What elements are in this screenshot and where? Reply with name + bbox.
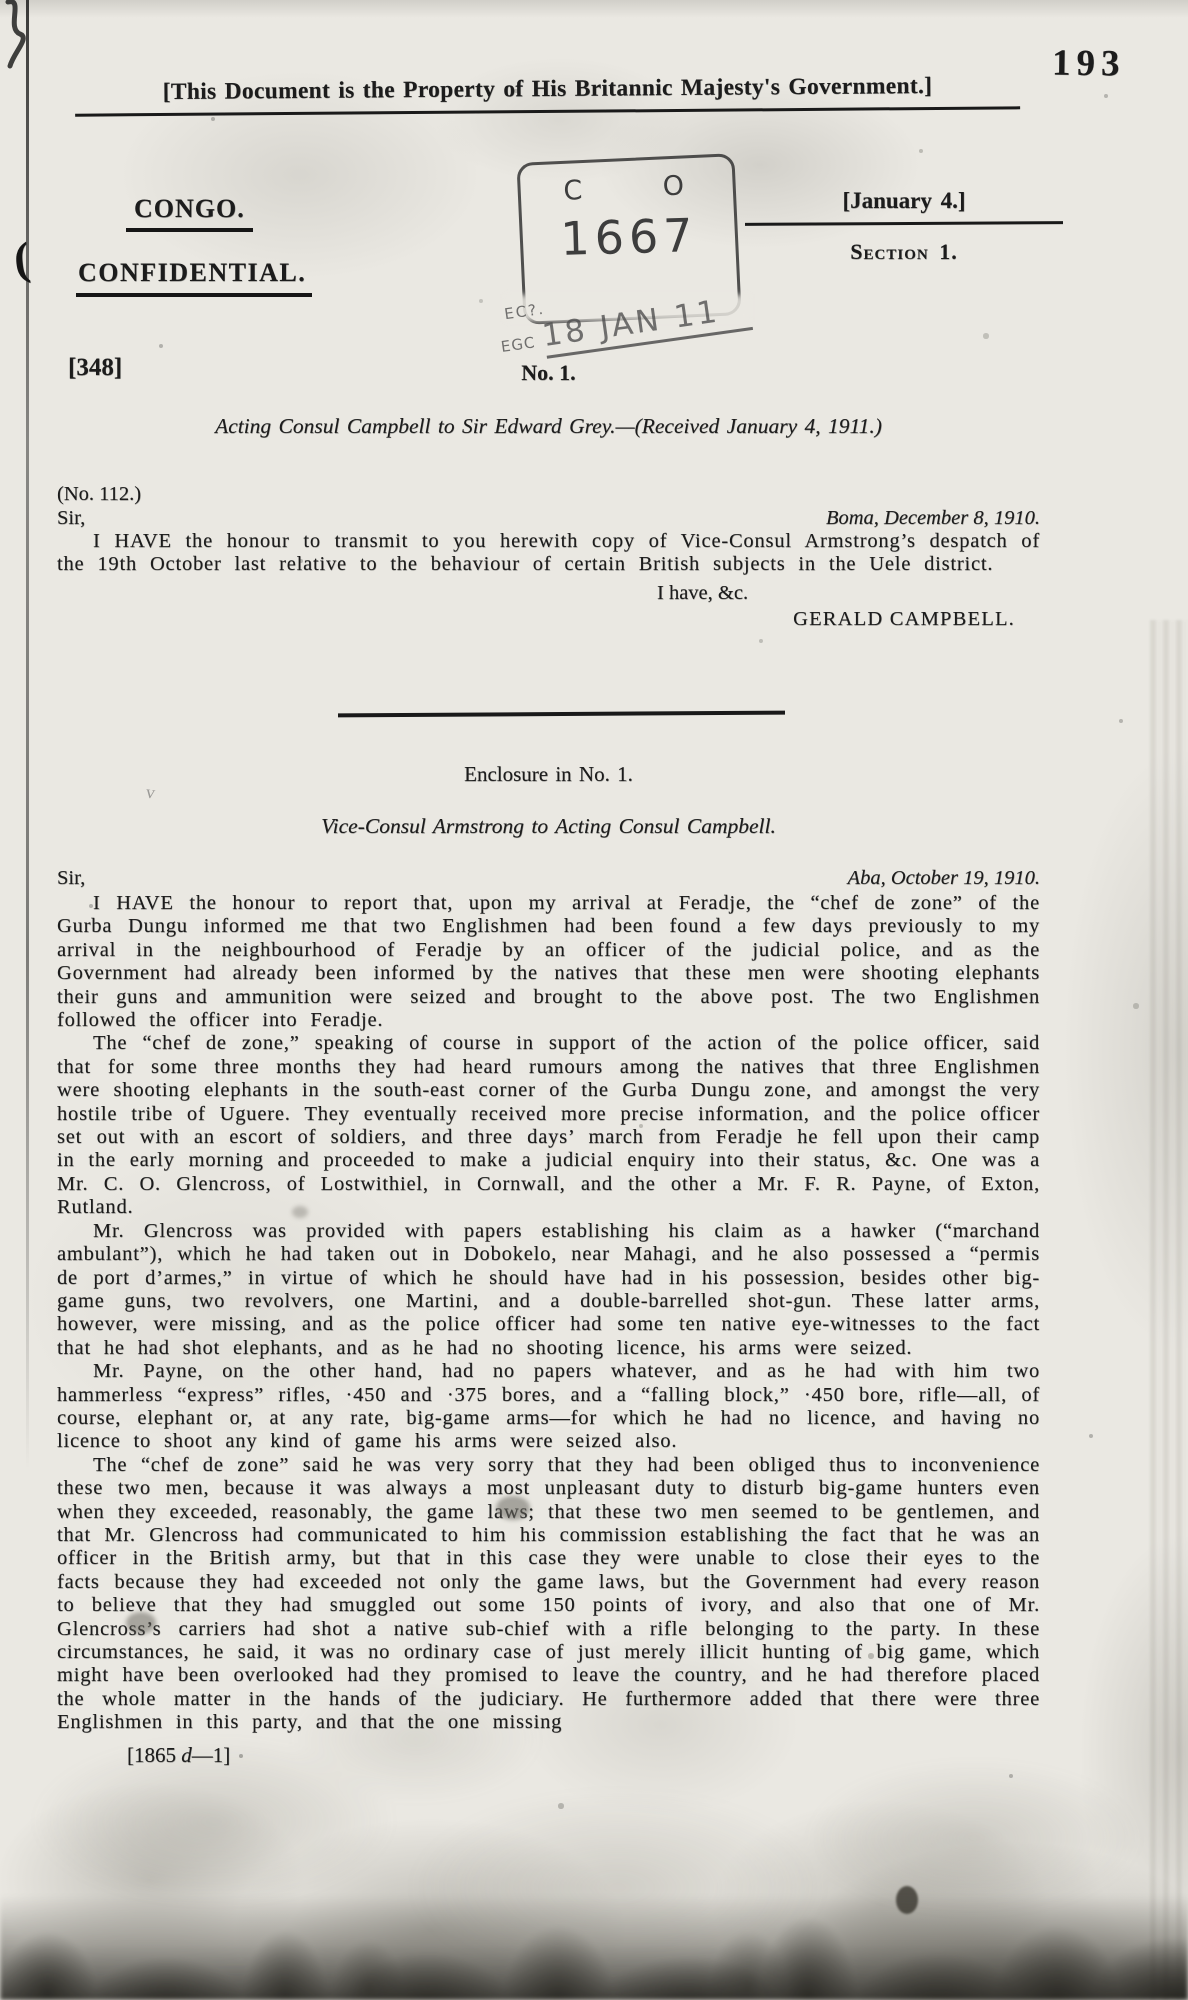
despatch-number-heading: No. 1. [57, 360, 1040, 386]
despatch-letter: (No. 112.) Sir, Boma, December 8, 1910. … [57, 482, 1040, 631]
enclosure-letter: Enclosure in No. 1. Vice-Consul Armstron… [57, 762, 1040, 1768]
right-edge-streaks [1150, 620, 1188, 2000]
enclosure-salutation: Sir, [57, 867, 85, 890]
date-rule [745, 221, 1063, 226]
page-number: 193 [1052, 41, 1126, 85]
bracket-date: [January 4.] [745, 188, 1063, 214]
bottom-grunge-texture [0, 1865, 1188, 2000]
enclosure-heading: Vice-Consul Armstrong to Acting Consul C… [57, 814, 1040, 839]
date-section-block: [January 4.] Section 1. [745, 188, 1063, 265]
footer-prefix: [1865 [127, 1743, 181, 1767]
section-divider [338, 711, 785, 717]
registry-stamp-number: 1667 [522, 207, 735, 267]
despatch-dateline: Boma, December 8, 1910. [826, 506, 1040, 530]
ink-blot [496, 1496, 530, 1520]
registry-stamp-office: C O [520, 168, 733, 209]
despatch-body-paragraph: I HAVE the honour to transmit to you her… [57, 530, 1040, 577]
enclosure-paragraph: Mr. Glencross was provided with papers e… [57, 1220, 1040, 1360]
property-header: [This Document is the Property of His Br… [75, 72, 1020, 116]
enclosure-title: Enclosure in No. 1. [57, 762, 1040, 787]
despatch-valediction: I have, &c. [657, 581, 1040, 605]
scanned-document-page: ( v 193 [This Document is the Property o… [0, 0, 1188, 2000]
enclosure-paragraph: The “chef de zone,” speaking of course i… [57, 1032, 1040, 1219]
ink-blot [292, 1206, 308, 1218]
section-label: Section 1. [745, 239, 1063, 265]
footer-italic: d [181, 1743, 192, 1767]
despatch-salutation: Sir, [57, 506, 85, 530]
corner-ink-squiggle [0, 0, 46, 80]
footer-suffix: —1] [192, 1743, 231, 1767]
enclosure-dateline: Aba, October 19, 1910. [848, 867, 1040, 890]
binding-edge-line [26, 0, 29, 1470]
despatch-signature: GERALD CAMPBELL. [57, 607, 1015, 631]
despatch-ref: (No. 112.) [57, 482, 1040, 506]
ink-blot [126, 1612, 156, 1634]
received-stamp-registry-text: EGC [500, 333, 537, 356]
classification-heading: CONFIDENTIAL. [76, 258, 312, 297]
despatch-heading: Acting Consul Campbell to Sir Edward Gre… [57, 414, 1040, 439]
enclosure-paragraph: I HAVE the honour to report that, upon m… [57, 892, 1040, 1032]
country-heading: CONGO. [126, 194, 253, 232]
enclosure-paragraph: Mr. Payne, on the other hand, had no pap… [57, 1360, 1040, 1454]
enclosure-paragraph: The “chef de zone” said he was very sorr… [57, 1454, 1040, 1735]
printer-footer-mark: [1865 d—1] [127, 1743, 1040, 1768]
